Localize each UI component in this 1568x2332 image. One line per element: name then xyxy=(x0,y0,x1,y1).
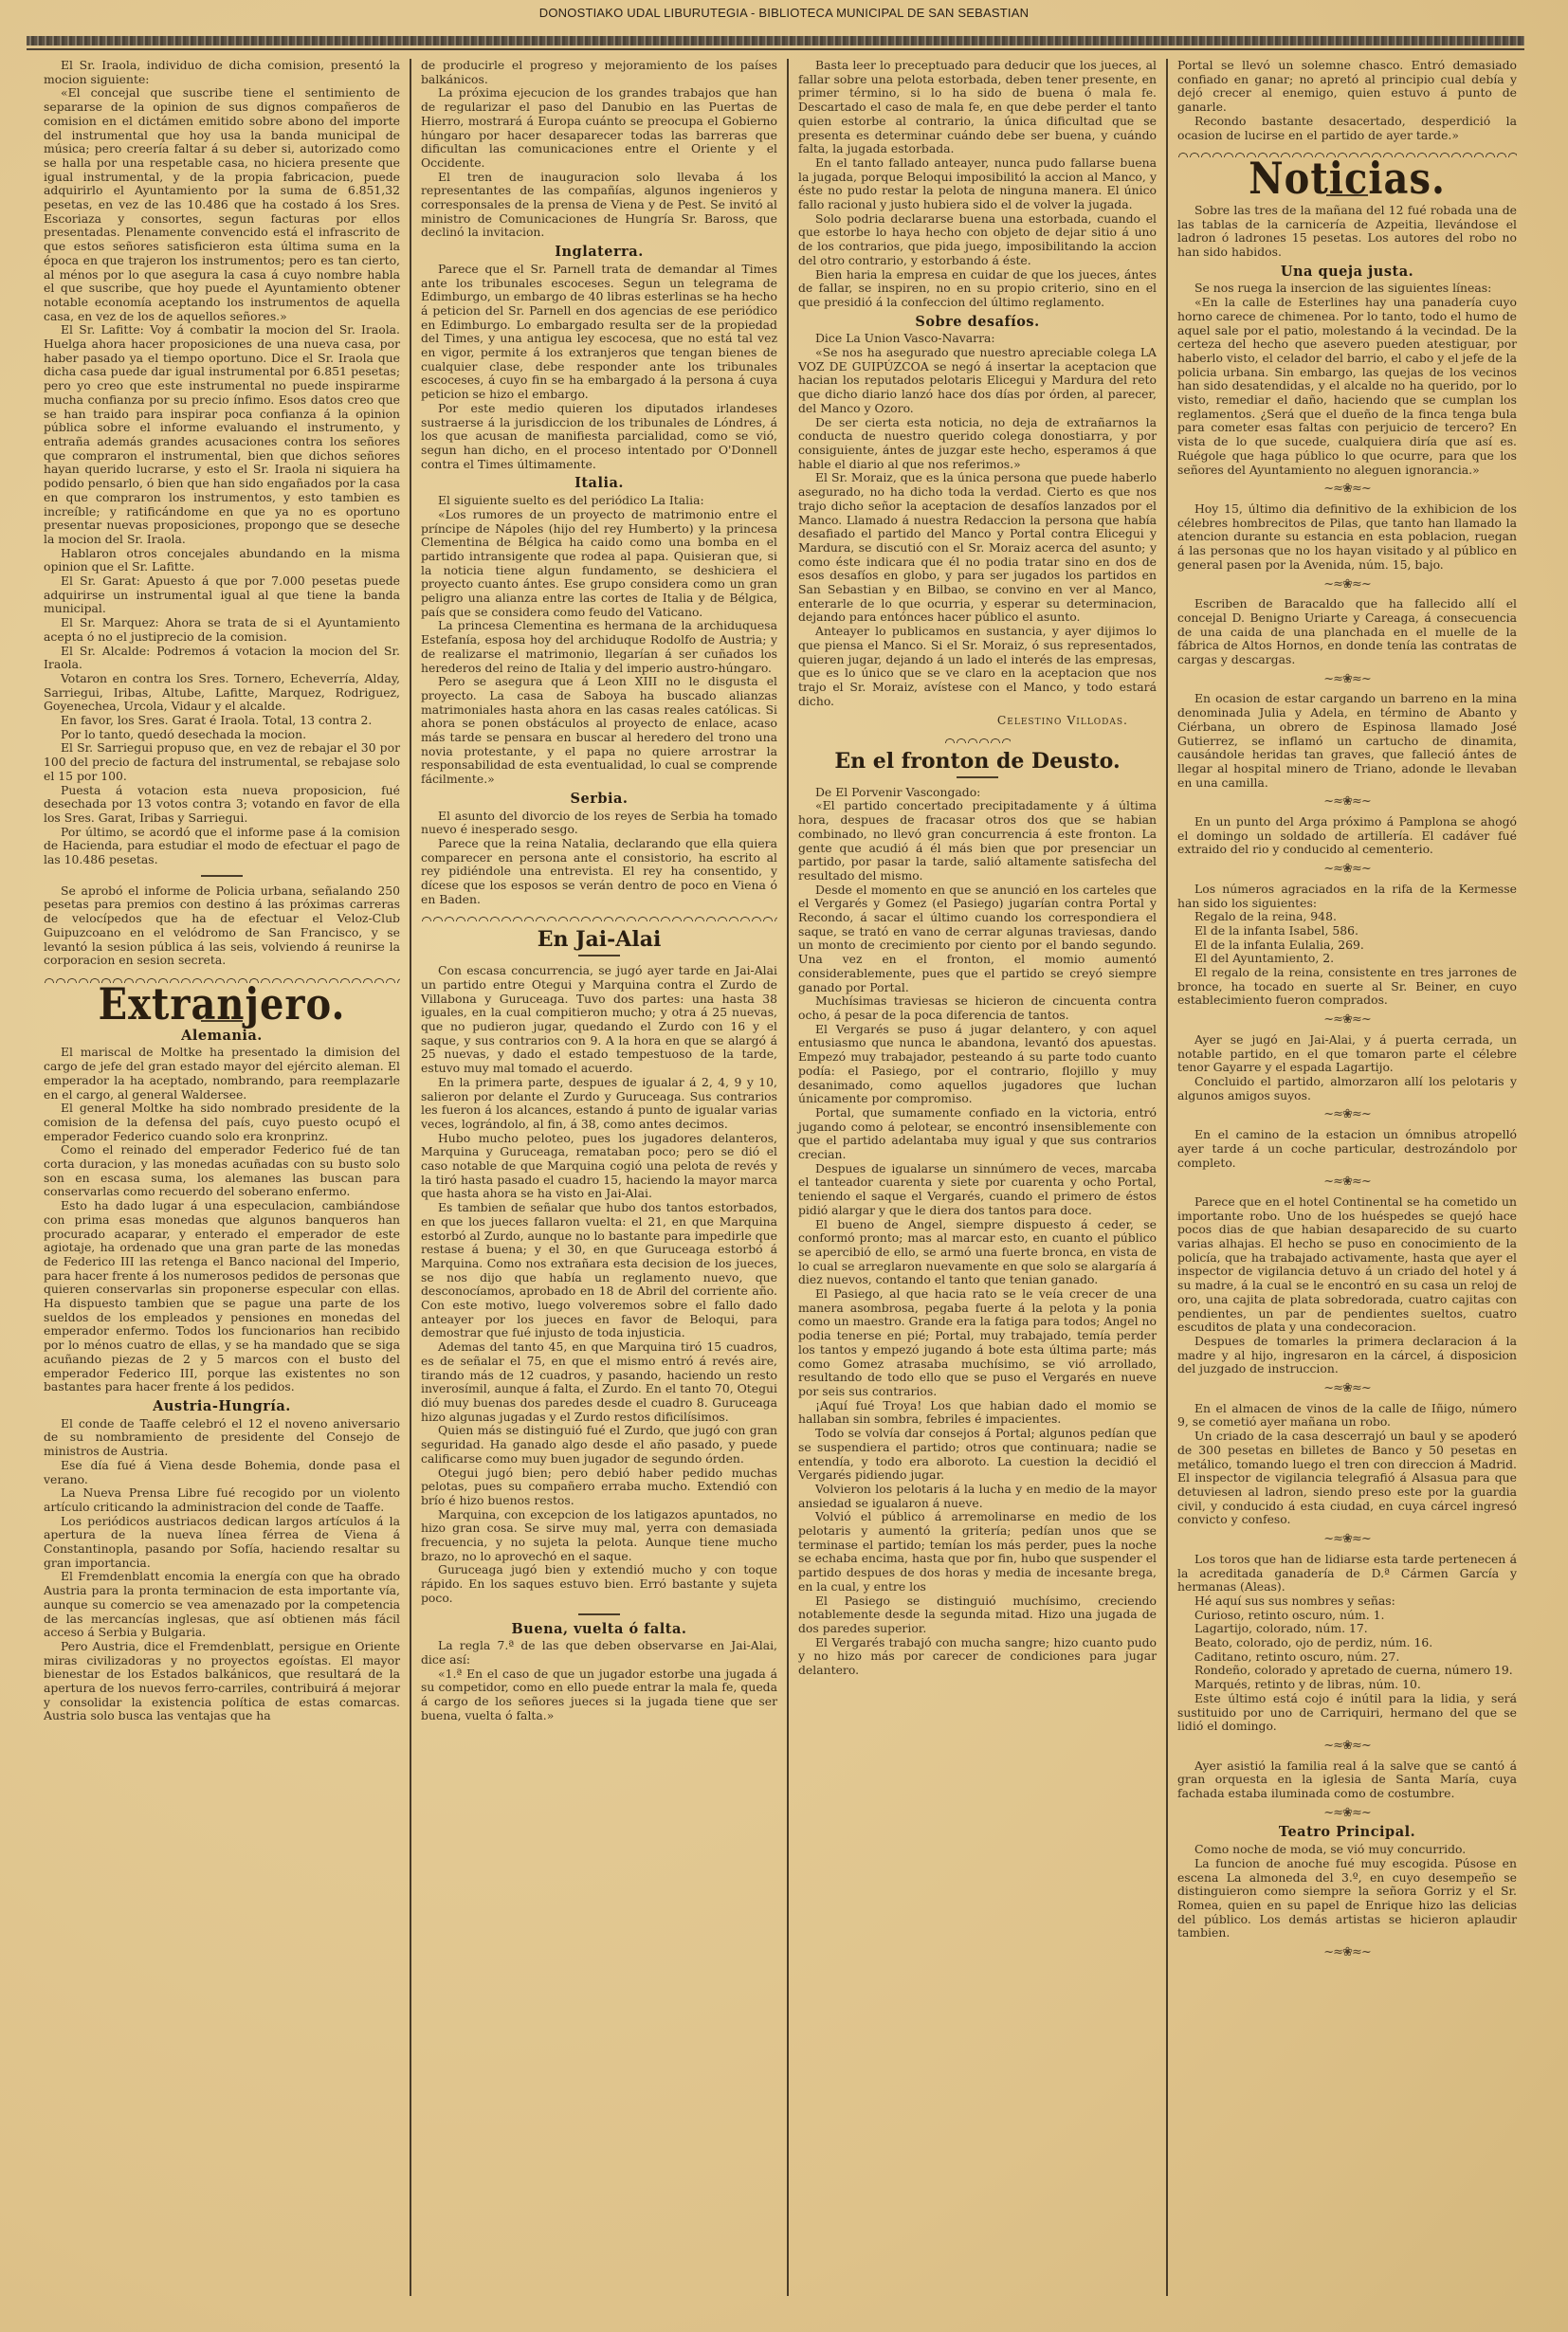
article-paragraph: Ayer se jugó en Jai-Alai, y á puerta cer… xyxy=(1177,1033,1517,1075)
prize-item: El de la infanta Isabel, 586. xyxy=(1177,924,1517,938)
article-paragraph: Ayer asistió la familia real á la salve … xyxy=(1177,1759,1517,1801)
masthead-thin-rule xyxy=(27,48,1524,50)
article-paragraph: Despues de tomarles la primera declaraci… xyxy=(1177,1335,1517,1376)
article-paragraph: El bueno de Angel, siempre dispuesto á c… xyxy=(798,1218,1157,1288)
article-paragraph: «1.ª En el caso de que un jugador estorb… xyxy=(421,1667,777,1723)
prize-item: Regalo de la reina, 948. xyxy=(1177,910,1517,924)
article-paragraph: Escriben de Baracaldo que ha fallecido a… xyxy=(1177,597,1517,667)
article-paragraph: El Sr. Moraiz, que es la única persona q… xyxy=(798,471,1157,625)
article-paragraph: El Vergarés trabajó con mucha sangre; hi… xyxy=(798,1636,1157,1678)
article-paragraph: Volvieron los pelotaris á la lucha y en … xyxy=(798,1483,1157,1510)
bull-item: Caditano, retinto oscuro, núm. 27. xyxy=(1177,1650,1517,1665)
article-paragraph: El Sr. Iraola, individuo de dicha comisi… xyxy=(44,59,400,86)
bull-item: Marqués, retinto y de libras, núm. 10. xyxy=(1177,1678,1517,1692)
article-paragraph: Solo podria declararse buena una estorba… xyxy=(798,212,1157,268)
article-paragraph: Por este medio quieren los diputados irl… xyxy=(421,402,777,472)
article-paragraph: El Sr. Alcalde: Podremos á votacion la m… xyxy=(44,645,400,672)
article-paragraph: Portal se llevó un solemne chasco. Entró… xyxy=(1177,59,1517,115)
article-paragraph: Votaron en contra los Sres. Tornero, Ech… xyxy=(44,672,400,714)
section-divider xyxy=(578,1613,620,1615)
article-paragraph: Dice La Union Vasco-Navarra: xyxy=(798,332,1157,346)
article-paragraph: Muchísimas traviesas se hicieron de cinc… xyxy=(798,994,1157,1022)
article-paragraph: Desde el momento en que se anunció en lo… xyxy=(798,884,1157,995)
column-4: Portal se llevó un solemne chasco. Entró… xyxy=(1166,59,1526,2296)
article-paragraph: Parece que en el hotel Continental se ha… xyxy=(1177,1195,1517,1335)
wavy-divider xyxy=(944,736,1011,745)
article-paragraph: El Pasiego se distinguió muchísimo, crec… xyxy=(798,1594,1157,1636)
article-paragraph: Como noche de moda, se vió muy concurrid… xyxy=(1177,1843,1517,1857)
article-paragraph: El tren de inauguracion solo llevaba á l… xyxy=(421,171,777,241)
article-paragraph: «En la calle de Esterlines hay una panad… xyxy=(1177,296,1517,477)
wavy-divider xyxy=(421,914,777,923)
article-paragraph: Hoy 15, último dia definitivo de la exhi… xyxy=(1177,502,1517,573)
ornament-icon: ~≈❀≈~ xyxy=(1177,795,1517,810)
article-paragraph: Parece que la reina Natalia, declarando … xyxy=(421,837,777,907)
section-title-extranjero: Extranjero. xyxy=(44,997,400,1013)
bull-item: Beato, colorado, ojo de perdiz, núm. 16. xyxy=(1177,1636,1517,1650)
library-banner: DONOSTIAKO UDAL LIBURUTEGIA - BIBLIOTECA… xyxy=(0,6,1568,20)
title-underline xyxy=(957,776,998,778)
column-3: Basta leer lo preceptuado para deducir q… xyxy=(787,59,1166,2296)
subsection-title-inglaterra: Inglaterra. xyxy=(421,246,777,260)
column-1: El Sr. Iraola, individuo de dicha comisi… xyxy=(42,59,410,2296)
article-paragraph: Se aprobó el informe de Policia urbana, … xyxy=(44,884,400,968)
prize-item: El de la infanta Eulalia, 269. xyxy=(1177,938,1517,953)
column-2: de producirle el progreso y mejoramiento… xyxy=(410,59,787,2296)
article-paragraph: La Nueva Prensa Libre fué recogido por u… xyxy=(44,1486,400,1514)
article-paragraph: En ocasion de estar cargando un barreno … xyxy=(1177,692,1517,790)
article-paragraph: Concluido el partido, almorzaron allí lo… xyxy=(1177,1075,1517,1102)
article-paragraph: Los periódicos austriacos dedican largos… xyxy=(44,1515,400,1571)
article-paragraph: Bien haria la empresa en cuidar de que l… xyxy=(798,268,1157,310)
article-paragraph: En el tanto fallado anteayer, nunca pudo… xyxy=(798,156,1157,212)
article-paragraph: Un criado de la casa descerrajó un baul … xyxy=(1177,1430,1517,1527)
ornament-icon: ~≈❀≈~ xyxy=(1177,1533,1517,1547)
article-paragraph: Guruceaga jugó bien y extendió mucho y c… xyxy=(421,1563,777,1605)
article-paragraph: Puesta á votacion esta nueva proposicion… xyxy=(44,784,400,826)
article-paragraph: ¡Aquí fué Troya! Los que habian dado el … xyxy=(798,1399,1157,1427)
article-paragraph: El siguiente suelto es del periódico La … xyxy=(421,494,777,508)
article-paragraph: Basta leer lo preceptuado para deducir q… xyxy=(798,59,1157,156)
article-paragraph: de producirle el progreso y mejoramiento… xyxy=(421,59,777,86)
article-paragraph: Otegui jugó bien; pero debió haber pedid… xyxy=(421,1467,777,1508)
article-paragraph: En el camino de la estacion un ómnibus a… xyxy=(1177,1128,1517,1170)
subsection-title-teatro-principal: Teatro Principal. xyxy=(1177,1826,1517,1840)
ornament-icon: ~≈❀≈~ xyxy=(1177,673,1517,687)
article-paragraph: El regalo de la reina, consistente en tr… xyxy=(1177,966,1517,1008)
article-paragraph: La próxima ejecucion de los grandes trab… xyxy=(421,86,777,170)
article-paragraph: Anteayer lo publicamos en sustancia, y a… xyxy=(798,625,1157,708)
article-paragraph: Este último está cojo é inútil para la l… xyxy=(1177,1692,1517,1734)
article-paragraph: «El partido concertado precipitadamente … xyxy=(798,799,1157,883)
ornament-icon: ~≈❀≈~ xyxy=(1177,863,1517,877)
ornament-icon: ~≈❀≈~ xyxy=(1177,1807,1517,1821)
bull-item: Curioso, retinto oscuro, núm. 1. xyxy=(1177,1609,1517,1623)
article-paragraph: En favor, los Sres. Garat é Iraola. Tota… xyxy=(44,714,400,728)
article-paragraph: En un punto del Arga próximo á Pamplona … xyxy=(1177,815,1517,857)
article-paragraph: El mariscal de Moltke ha presentado la d… xyxy=(44,1046,400,1102)
article-paragraph: Es tambien de señalar que hubo dos tanto… xyxy=(421,1201,777,1340)
article-paragraph: Hablaron otros concejales abundando en l… xyxy=(44,547,400,574)
article-paragraph: La regla 7.ª de las que deben observarse… xyxy=(421,1639,777,1667)
article-paragraph: De El Porvenir Vascongado: xyxy=(798,786,1157,800)
article-paragraph: El conde de Taaffe celebró el 12 el nove… xyxy=(44,1417,400,1459)
article-paragraph: Ese día fué á Viena desde Bohemia, donde… xyxy=(44,1459,400,1486)
article-paragraph: Por lo tanto, quedó desechada la mocion. xyxy=(44,728,400,742)
ornament-icon: ~≈❀≈~ xyxy=(1177,1946,1517,1960)
article-paragraph: El Sr. Sarriegui propuso que, en vez de … xyxy=(44,741,400,783)
article-paragraph: «El concejal que suscribe tiene el senti… xyxy=(44,86,400,323)
article-paragraph: El Sr. Garat: Apuesto á que por 7.000 pe… xyxy=(44,574,400,616)
article-paragraph: Recondo bastante desacertado, desperdici… xyxy=(1177,115,1517,142)
article-paragraph: El Vergarés se puso á jugar delantero, y… xyxy=(798,1023,1157,1106)
article-paragraph: La princesa Clementina es hermana de la … xyxy=(421,619,777,675)
section-title-jai-alai: En Jai-Alai xyxy=(421,933,777,947)
article-paragraph: El Pasiego, al que hacia rato se le veía… xyxy=(798,1287,1157,1399)
article-paragraph: De ser cierta esta noticia, no deja de e… xyxy=(798,416,1157,472)
title-underline xyxy=(578,955,620,956)
newspaper-columns: El Sr. Iraola, individuo de dicha comisi… xyxy=(42,59,1526,2296)
article-paragraph: Hubo mucho peloteo, pues los jugadores d… xyxy=(421,1132,777,1202)
section-title-noticias: Noticias. xyxy=(1177,172,1517,188)
prize-item: El del Ayuntamiento, 2. xyxy=(1177,952,1517,966)
article-paragraph: Ademas del tanto 45, en que Marquina tir… xyxy=(421,1340,777,1424)
article-paragraph: El general Moltke ha sido nombrado presi… xyxy=(44,1102,400,1143)
ornament-icon: ~≈❀≈~ xyxy=(1177,1740,1517,1754)
article-paragraph: Con escasa concurrencia, se jugó ayer ta… xyxy=(421,964,777,1076)
article-paragraph: El Fremdenblatt encomia la energía con q… xyxy=(44,1570,400,1640)
subsection-title-buena-vuelta-falta: Buena, vuelta ó falta. xyxy=(421,1623,777,1637)
article-paragraph: Los números agraciados en la rifa de la … xyxy=(1177,883,1517,910)
article-paragraph: Volvió el público á arremolinarse en med… xyxy=(798,1510,1157,1594)
article-paragraph: Despues de igualarse un sinnúmero de vec… xyxy=(798,1162,1157,1218)
article-paragraph: El Sr. Lafitte: Voy á combatir la mocion… xyxy=(44,323,400,546)
ornament-icon: ~≈❀≈~ xyxy=(1177,1382,1517,1396)
article-paragraph: En el almacen de vinos de la calle de Iñ… xyxy=(1177,1402,1517,1430)
ornament-icon: ~≈❀≈~ xyxy=(1177,1108,1517,1122)
article-paragraph: Los toros que han de lidiarse esta tarde… xyxy=(1177,1553,1517,1594)
author-signature: Celestino Villodas. xyxy=(798,714,1128,728)
article-paragraph: Parece que el Sr. Parnell trata de deman… xyxy=(421,263,777,402)
subsection-title-una-queja-justa: Una queja justa. xyxy=(1177,265,1517,280)
article-paragraph: Esto ha dado lugar á una especulacion, c… xyxy=(44,1199,400,1394)
article-paragraph: Hé aquí sus sus nombres y señas: xyxy=(1177,1594,1517,1609)
article-paragraph: Todo se volvía dar consejos á Portal; al… xyxy=(798,1427,1157,1483)
subsection-title-italia: Italia. xyxy=(421,477,777,491)
article-paragraph: La funcion de anoche fué muy escogida. P… xyxy=(1177,1857,1517,1940)
article-paragraph: Portal, que sumamente confiado en la vic… xyxy=(798,1106,1157,1162)
article-paragraph: Como el reinado del emperador Federico f… xyxy=(44,1143,400,1199)
article-paragraph: Marquina, con excepcion de los latigazos… xyxy=(421,1508,777,1564)
subsection-title-austria: Austria-Hungría. xyxy=(44,1400,400,1414)
article-paragraph: El Sr. Marquez: Ahora se trata de si el … xyxy=(44,616,400,644)
article-paragraph: Quien más se distinguió fué el Zurdo, qu… xyxy=(421,1424,777,1466)
ornament-icon: ~≈❀≈~ xyxy=(1177,578,1517,592)
ornament-icon: ~≈❀≈~ xyxy=(1177,1175,1517,1190)
article-paragraph: «Se nos ha asegurado que nuestro aprecia… xyxy=(798,346,1157,416)
subsection-title-sobre-desafios: Sobre desafíos. xyxy=(798,316,1157,330)
article-paragraph: Por último, se acordó que el informe pas… xyxy=(44,826,400,867)
article-paragraph: El asunto del divorcio de los reyes de S… xyxy=(421,810,777,837)
subsection-title-alemania: Alemania. xyxy=(44,1029,400,1044)
article-paragraph: Se nos ruega la insercion de las siguien… xyxy=(1177,282,1517,296)
article-paragraph: Pero Austria, dice el Fremdenblatt, pers… xyxy=(44,1640,400,1723)
article-paragraph: «Los rumores de un proyecto de matrimoni… xyxy=(421,508,777,620)
ornament-icon: ~≈❀≈~ xyxy=(1177,483,1517,497)
subsection-title-serbia: Serbia. xyxy=(421,793,777,807)
article-paragraph: Sobre las tres de la mañana del 12 fué r… xyxy=(1177,204,1517,260)
masthead-rule xyxy=(27,36,1524,46)
section-title-fronton-deusto: En el fronton de Deusto. xyxy=(798,755,1157,769)
section-divider xyxy=(201,875,243,877)
article-paragraph: Pero se asegura que á Leon XIII no le di… xyxy=(421,675,777,787)
bull-item: Rondeño, colorado y apretado de cuerna, … xyxy=(1177,1664,1517,1678)
bull-item: Lagartijo, colorado, núm. 17. xyxy=(1177,1622,1517,1636)
ornament-icon: ~≈❀≈~ xyxy=(1177,1013,1517,1028)
article-paragraph: En la primera parte, despues de igualar … xyxy=(421,1076,777,1132)
